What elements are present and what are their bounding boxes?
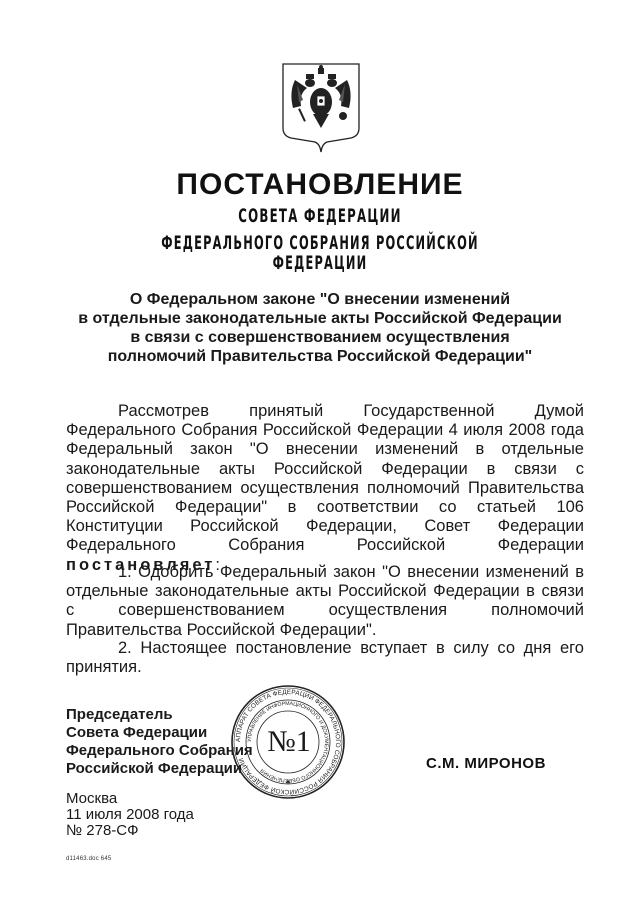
signatory-name: С.М. МИРОНОВ xyxy=(426,755,546,773)
subject-line: в отдельные законодательные акты Российс… xyxy=(60,309,580,328)
subject-line: полномочий Правительства Российской Феде… xyxy=(60,347,580,366)
svg-text:✱: ✱ xyxy=(285,779,290,786)
resolution-item-2: 2. Настоящее постановление вступает в си… xyxy=(66,639,584,677)
issuance-details: Москва 11 июля 2008 года № 278-СФ xyxy=(66,791,194,839)
file-code: d11463.doc 645 xyxy=(66,856,111,862)
stamp-number: №1 xyxy=(258,726,320,758)
position-line: Совета Федерации xyxy=(66,724,253,742)
position-line: Российской Федерации xyxy=(66,760,253,778)
issuance-number: № 278-СФ xyxy=(66,823,194,839)
item-text: 2. Настоящее постановление вступает в си… xyxy=(66,639,584,676)
position-line: Председатель xyxy=(66,706,253,724)
document-subtitle-assembly: ФЕДЕРАЛЬНОГО СОБРАНИЯ РОССИЙСКОЙ ФЕДЕРАЦ… xyxy=(128,233,512,273)
item-text: 1. Одобрить Федеральный закон "О внесени… xyxy=(66,563,584,639)
signatory-position: Председатель Совета Федерации Федерально… xyxy=(66,706,253,778)
document-title: ПОСТАНОВЛЕНИЕ xyxy=(0,168,640,202)
subject-line: в связи с совершенствованием осуществлен… xyxy=(60,328,580,347)
issuance-date: 11 июля 2008 года xyxy=(66,807,194,823)
document-subtitle-council: СОВЕТА ФЕДЕРАЦИИ xyxy=(122,206,519,226)
issuance-place: Москва xyxy=(66,791,194,807)
document-subject: О Федеральном законе "О внесении изменен… xyxy=(60,290,580,366)
preamble-text: Рассмотрев принятый Государственной Думо… xyxy=(66,402,584,554)
preamble-paragraph: Рассмотрев принятый Государственной Думо… xyxy=(66,402,584,575)
resolution-item-1: 1. Одобрить Федеральный закон "О внесени… xyxy=(66,563,584,640)
coat-of-arms-emblem-icon xyxy=(275,58,367,154)
position-line: Федерального Собрания xyxy=(66,742,253,760)
subject-line: О Федеральном законе "О внесении изменен… xyxy=(60,290,580,309)
